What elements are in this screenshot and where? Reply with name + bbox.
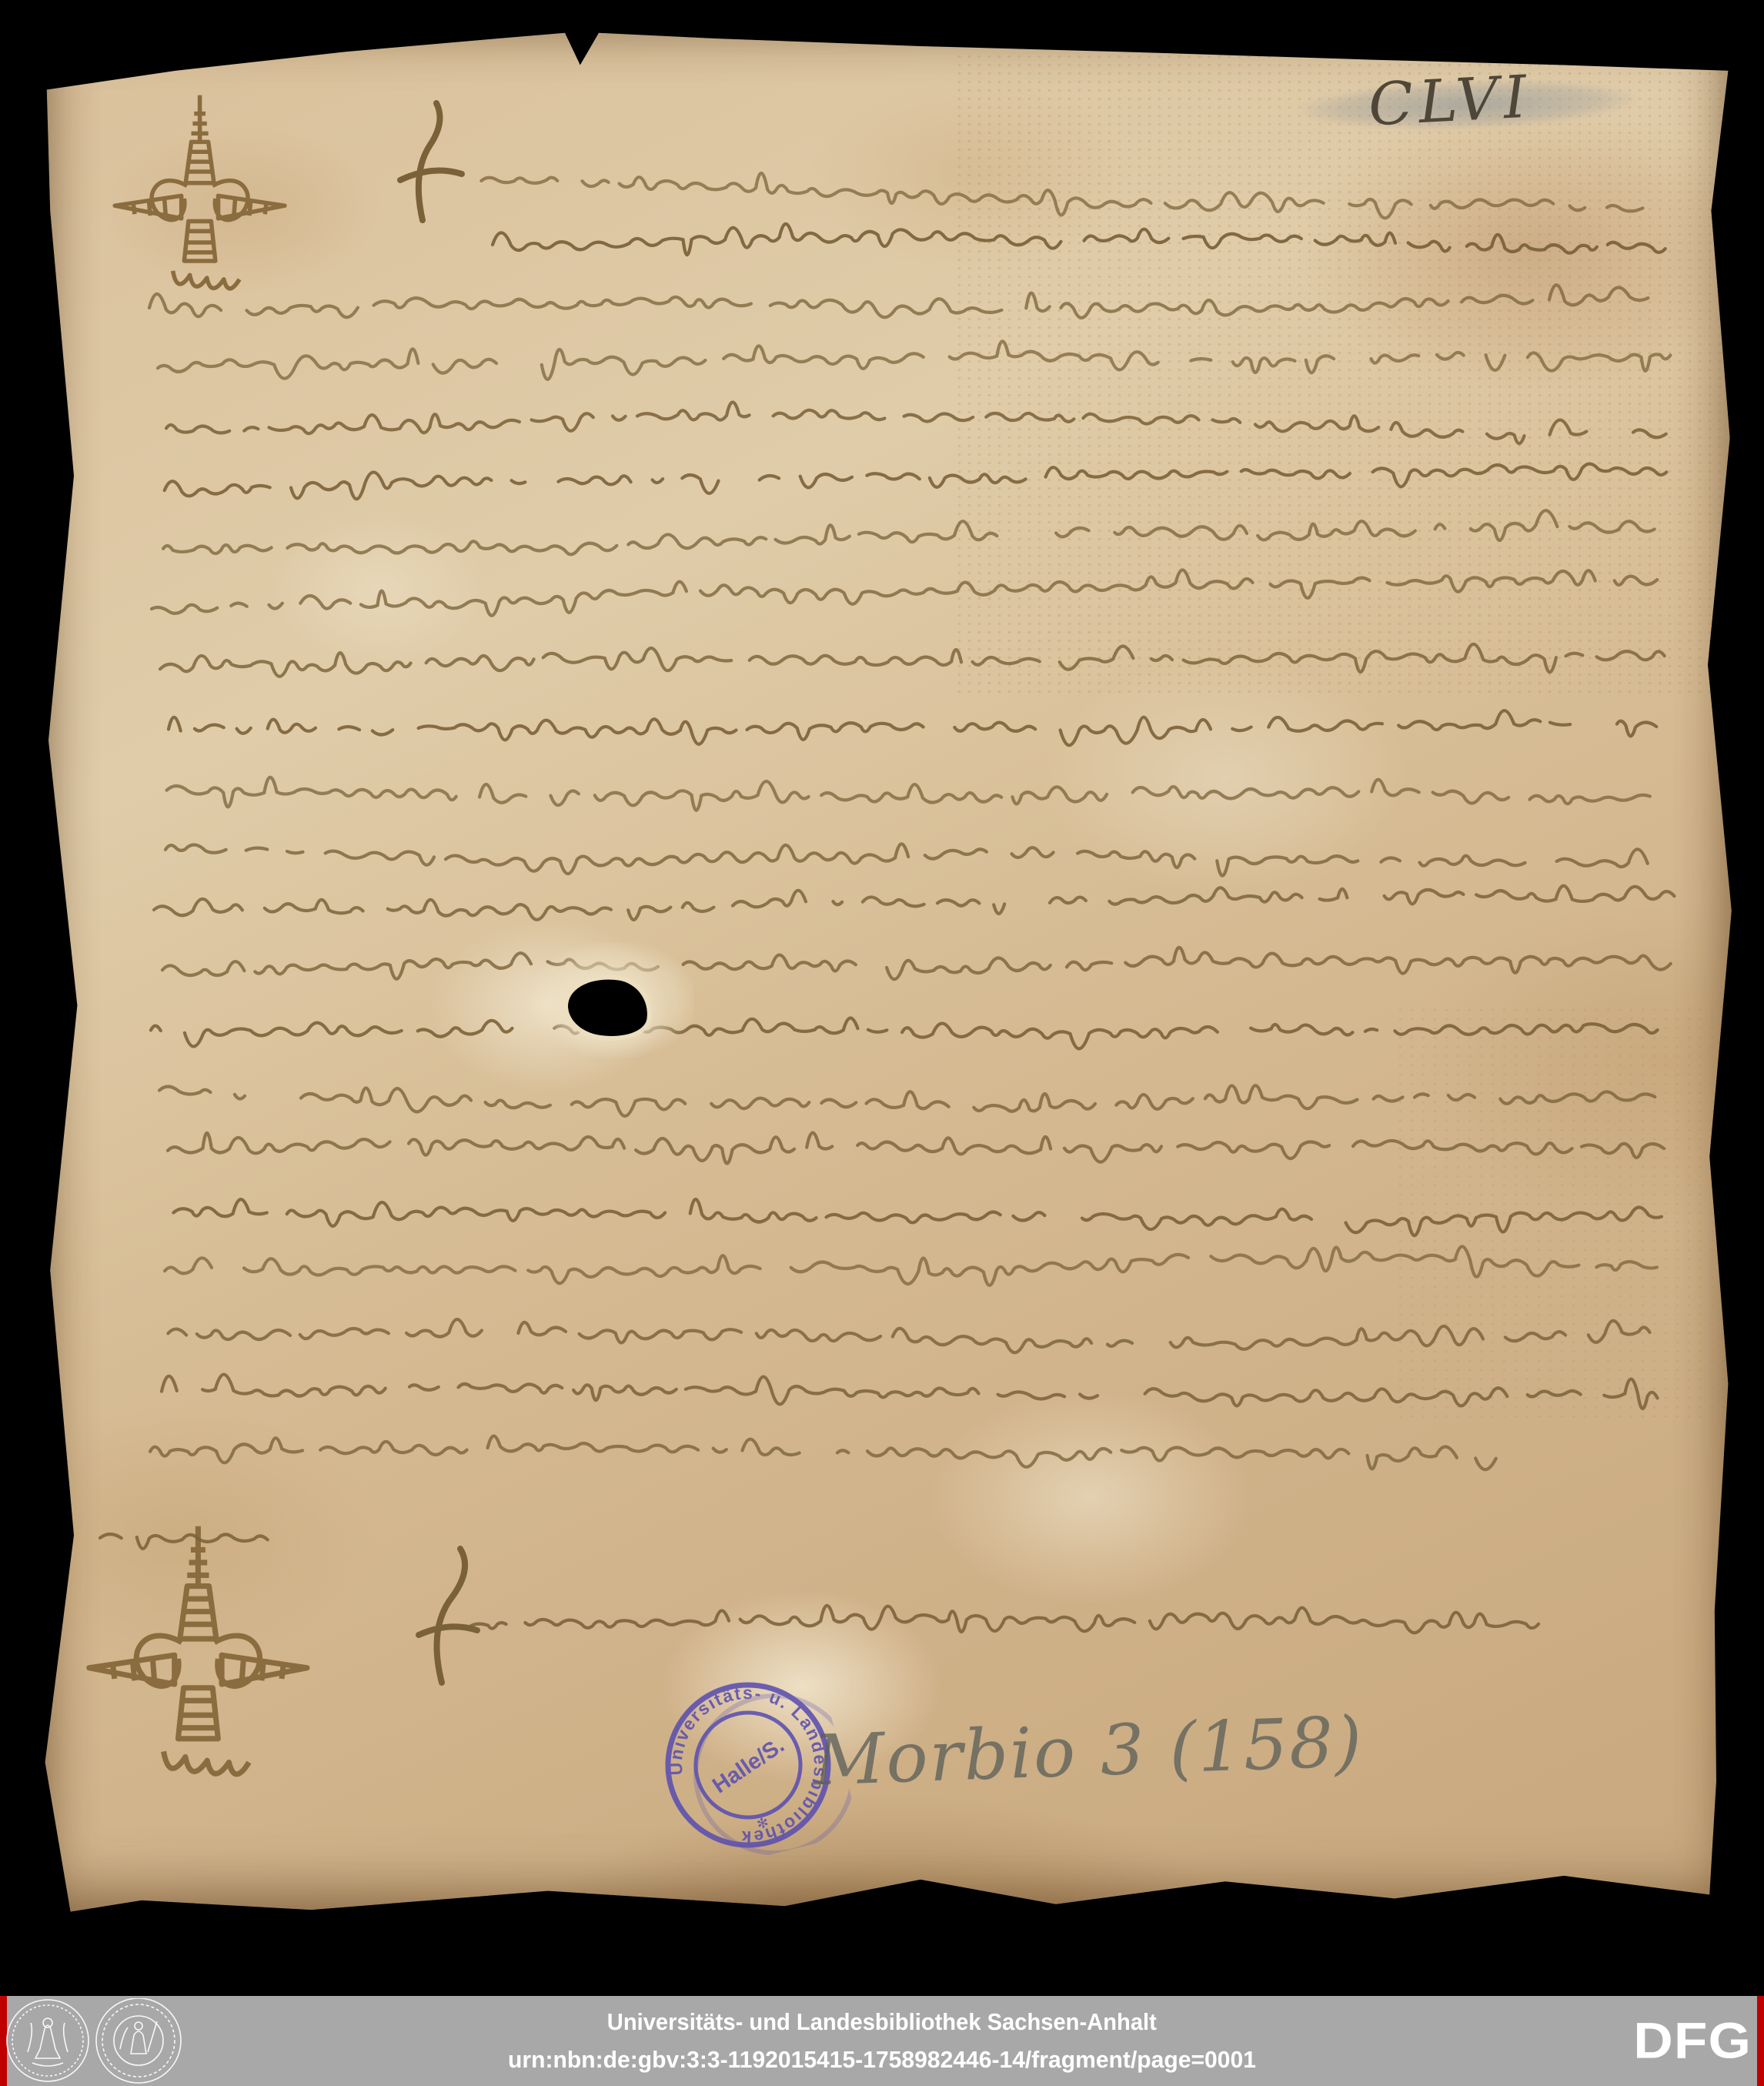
dfg-logo: DFG bbox=[1633, 2011, 1752, 2069]
handwriting-layer bbox=[40, 22, 1733, 1914]
footer-banner: Universitäts- und Landesbibliothek Sachs… bbox=[0, 1996, 1764, 2086]
folio-number: CLVI bbox=[1367, 62, 1534, 139]
notary-sign-icon bbox=[89, 1526, 307, 1774]
notary-sign-icon bbox=[115, 95, 285, 289]
parchment-scan: CLVI Universitäts- u. Landesbibliothek H… bbox=[40, 22, 1733, 1914]
initial-letter-stroke bbox=[400, 103, 477, 1683]
stamp-center-text: Halle/S. bbox=[708, 1733, 789, 1798]
urn-text: urn:nbn:de:gbv:3:3-1192015415-1758982446… bbox=[508, 2046, 1256, 2074]
library-name: Universitäts- und Landesbibliothek Sachs… bbox=[607, 2008, 1157, 2036]
page: CLVI Universitäts- u. Landesbibliothek H… bbox=[0, 0, 1764, 2086]
footer-text-block: Universitäts- und Landesbibliothek Sachs… bbox=[0, 1996, 1764, 2086]
